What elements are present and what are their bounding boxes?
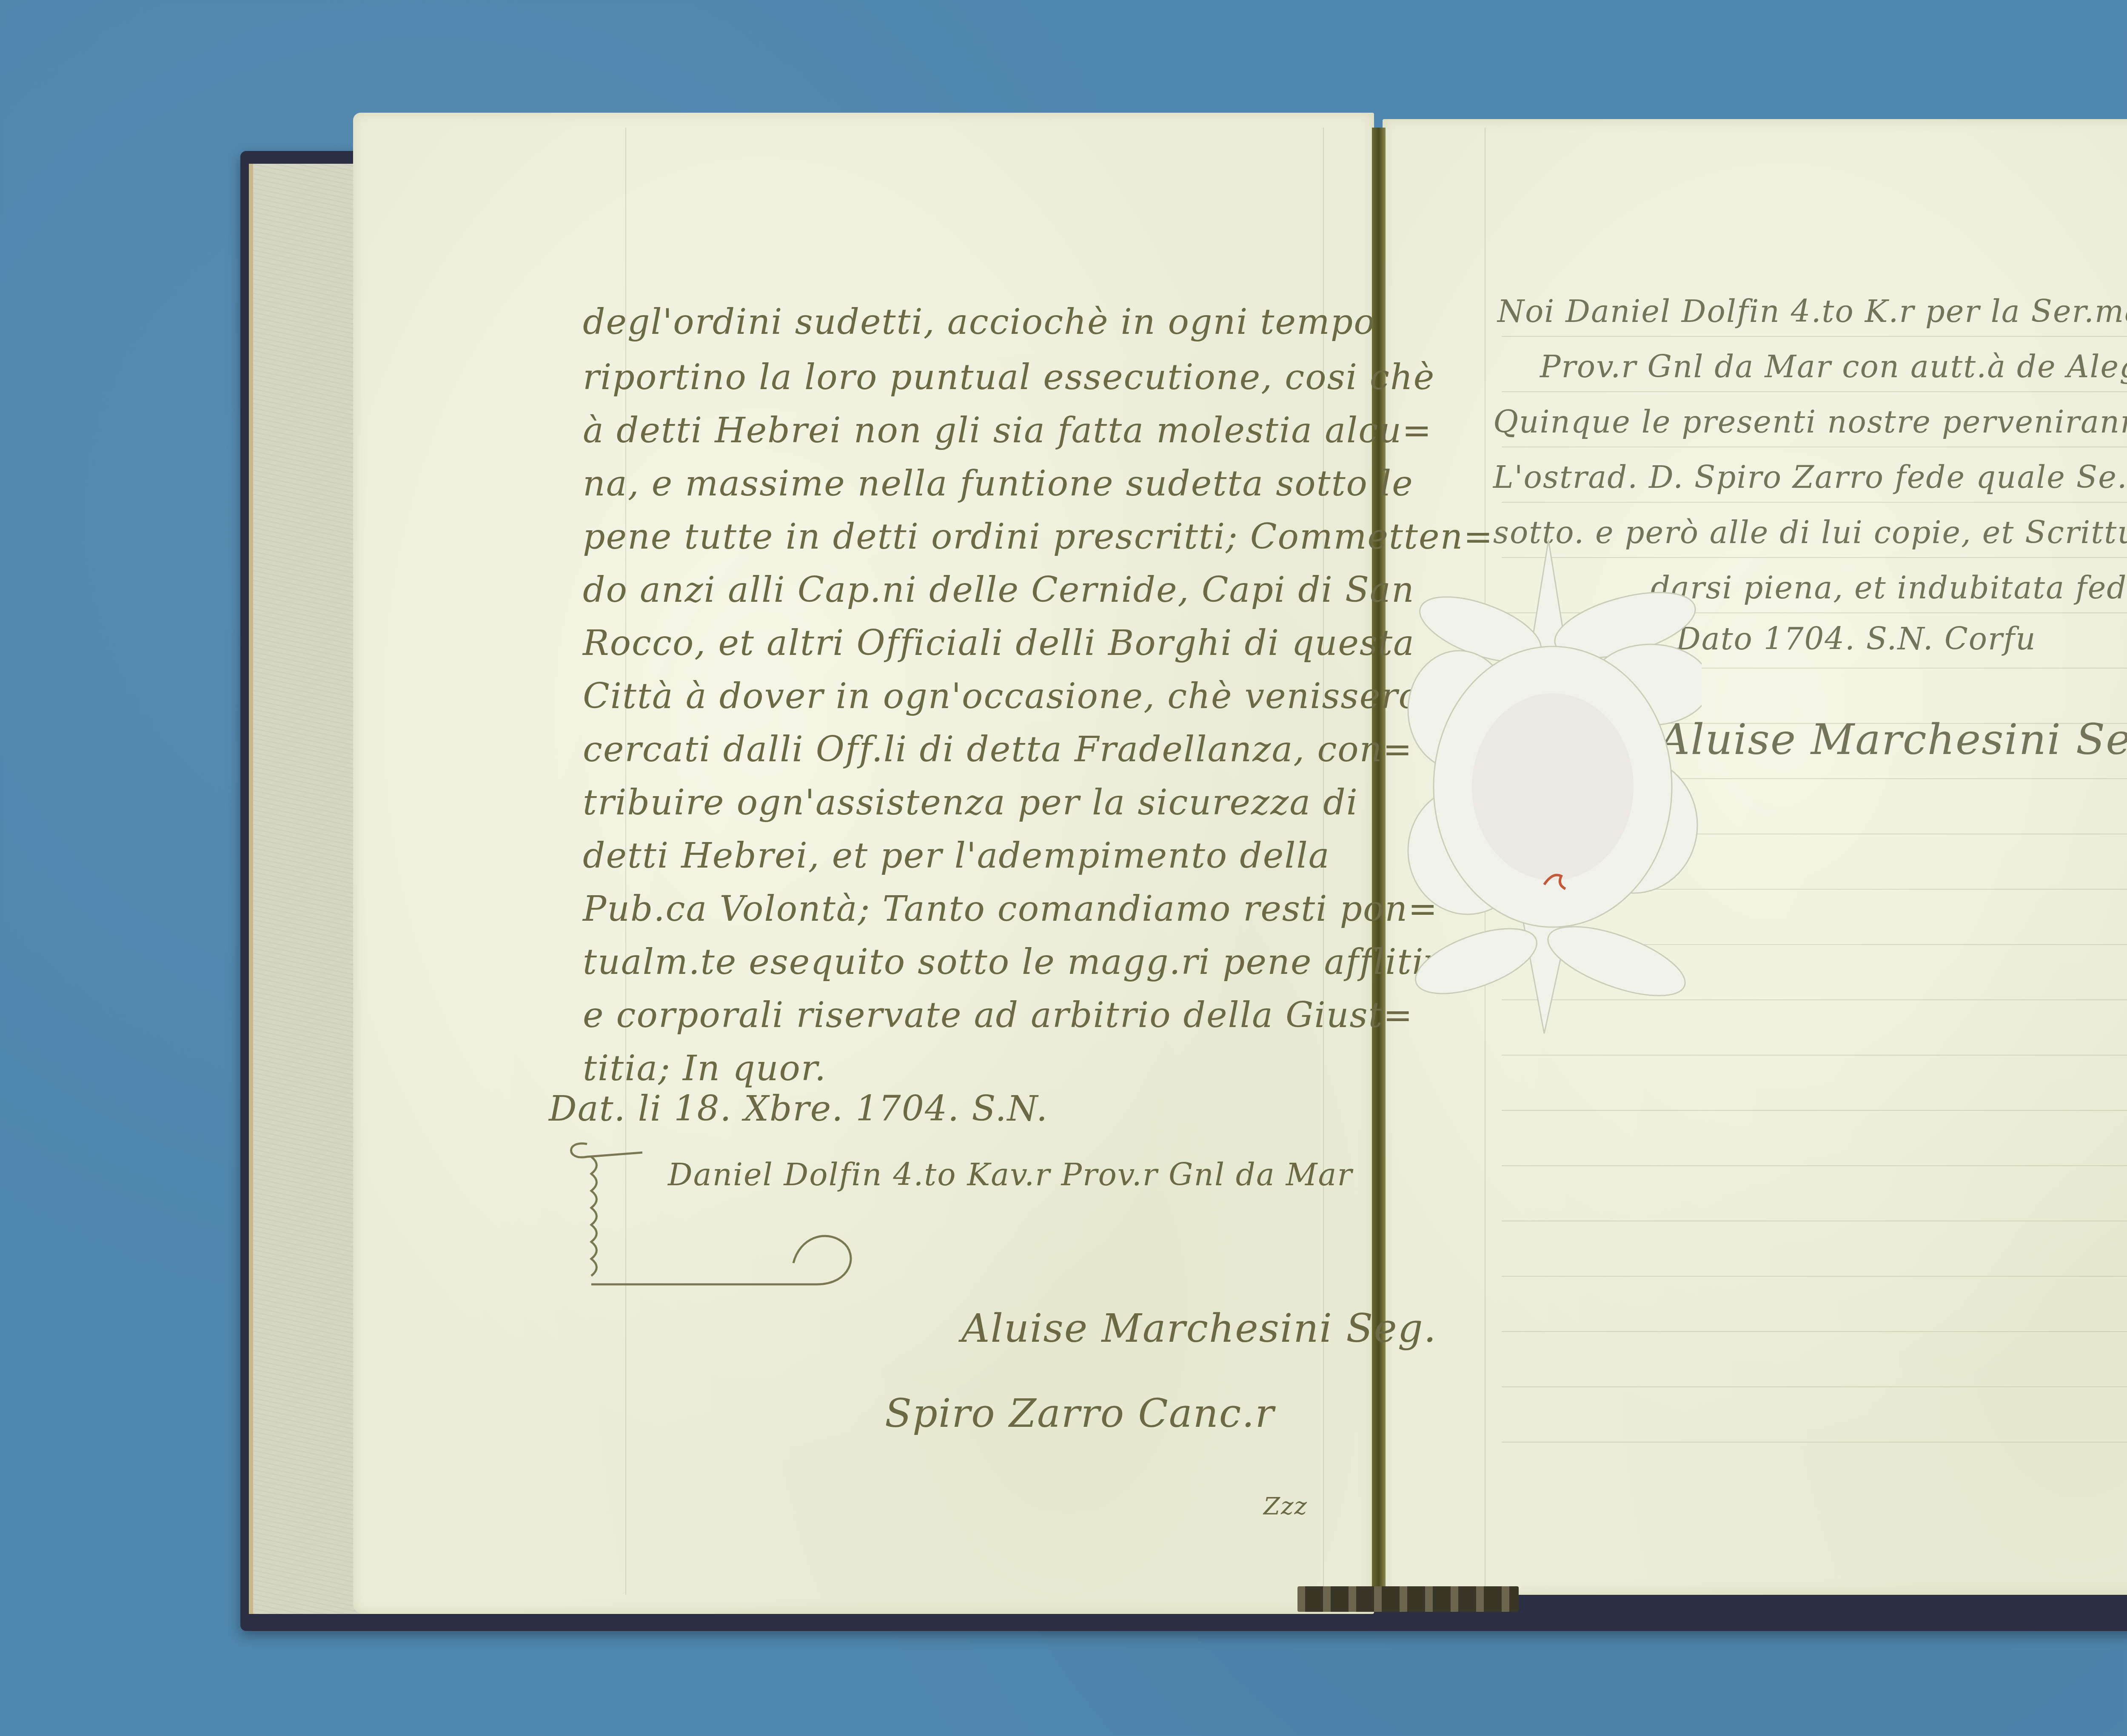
text-line: Quinque le presenti nostre perveniranno … [1493, 404, 2127, 440]
text-line: L'ostrad. D. Spiro Zarro fede quale Se. [1493, 459, 2127, 495]
text-line: titia; In quor. [583, 1048, 827, 1089]
ruled-line [1502, 1165, 2127, 1166]
ruled-line [1502, 391, 2127, 392]
ruled-line [1502, 1331, 2127, 1332]
ruled-line [1502, 1110, 2127, 1111]
ruled-line [1502, 1221, 2127, 1221]
open-manuscript-book: degl'ordini sudetti, acciochè in ogni te… [0, 0, 2127, 1736]
text-line: na, e massime nella funtione sudetta sot… [583, 464, 1414, 504]
text-line: Prov.r Gnl da Mar con autt.à de Aleg.to [1540, 349, 2127, 384]
text-line: Noi Daniel Dolfin 4.to K.r per la Ser.ma… [1497, 293, 2127, 329]
text-line: degl'ordini sudetti, acciochè in ogni te… [583, 302, 1376, 342]
signature-daniel-dolfin: Daniel Dolfin 4.to Kav.r Prov.r Gnl da M… [668, 1157, 1353, 1192]
text-line: cercati dalli Off.li di detta Fradellanz… [583, 729, 1413, 770]
dateline: Dat. li 18. Xbre. 1704. S.N. [549, 1089, 1048, 1129]
text-line: Città à dover in ogn'occasione, chè veni… [583, 676, 1492, 717]
text-line: Pub.ca Volontà; Tanto comandiamo resti p… [583, 889, 1438, 929]
text-line: e corporali riservate ad arbitrio della … [583, 995, 1413, 1036]
text-line: tribuire ogn'assistenza per la sicurezza… [583, 783, 1358, 823]
ruled-line [1502, 1055, 2127, 1056]
notarial-flourish-icon [562, 1127, 885, 1306]
ruled-line [1502, 1386, 2127, 1387]
ruled-line [1502, 1442, 2127, 1443]
bottom-note: Zzz [1263, 1493, 1308, 1520]
signature-aluise-marchesini: Aluise Marchesini Seg. [961, 1306, 1437, 1351]
ruled-line [1502, 447, 2127, 447]
text-line: do anzi alli Cap.ni delle Cernide, Capi … [583, 570, 1415, 610]
book-gutter [1372, 128, 1386, 1586]
ruled-line [1502, 336, 2127, 337]
text-line: riportino la loro puntual essecutione, c… [583, 357, 1435, 398]
signature-aluise-marchesini: Aluise Marchesini Seg. [1659, 714, 2127, 764]
text-line: Rocco, et altri Officiali delli Borghi d… [583, 623, 1415, 663]
text-line: tualm.te esequito sotto le magg.ri pene … [583, 942, 1478, 982]
text-line: pene tutte in detti ordini prescritti; C… [583, 517, 1494, 557]
text-line: detti Hebrei, et per l'adempimento della [583, 836, 1330, 876]
signature-spiro-zarro: Spiro Zarro Canc.r [885, 1391, 1275, 1436]
ruled-line [1502, 502, 2127, 503]
text-line: à detti Hebrei non gli sia fatta molesti… [583, 410, 1432, 451]
paper-seal-icon [1404, 532, 1702, 1042]
text-line: darsi piena, et indubitata fede [1651, 570, 2127, 606]
spine-binding [1297, 1586, 1519, 1612]
text-line: Dato 1704. S.N. Corfu [1676, 621, 2036, 657]
ruled-line [1502, 1276, 2127, 1277]
